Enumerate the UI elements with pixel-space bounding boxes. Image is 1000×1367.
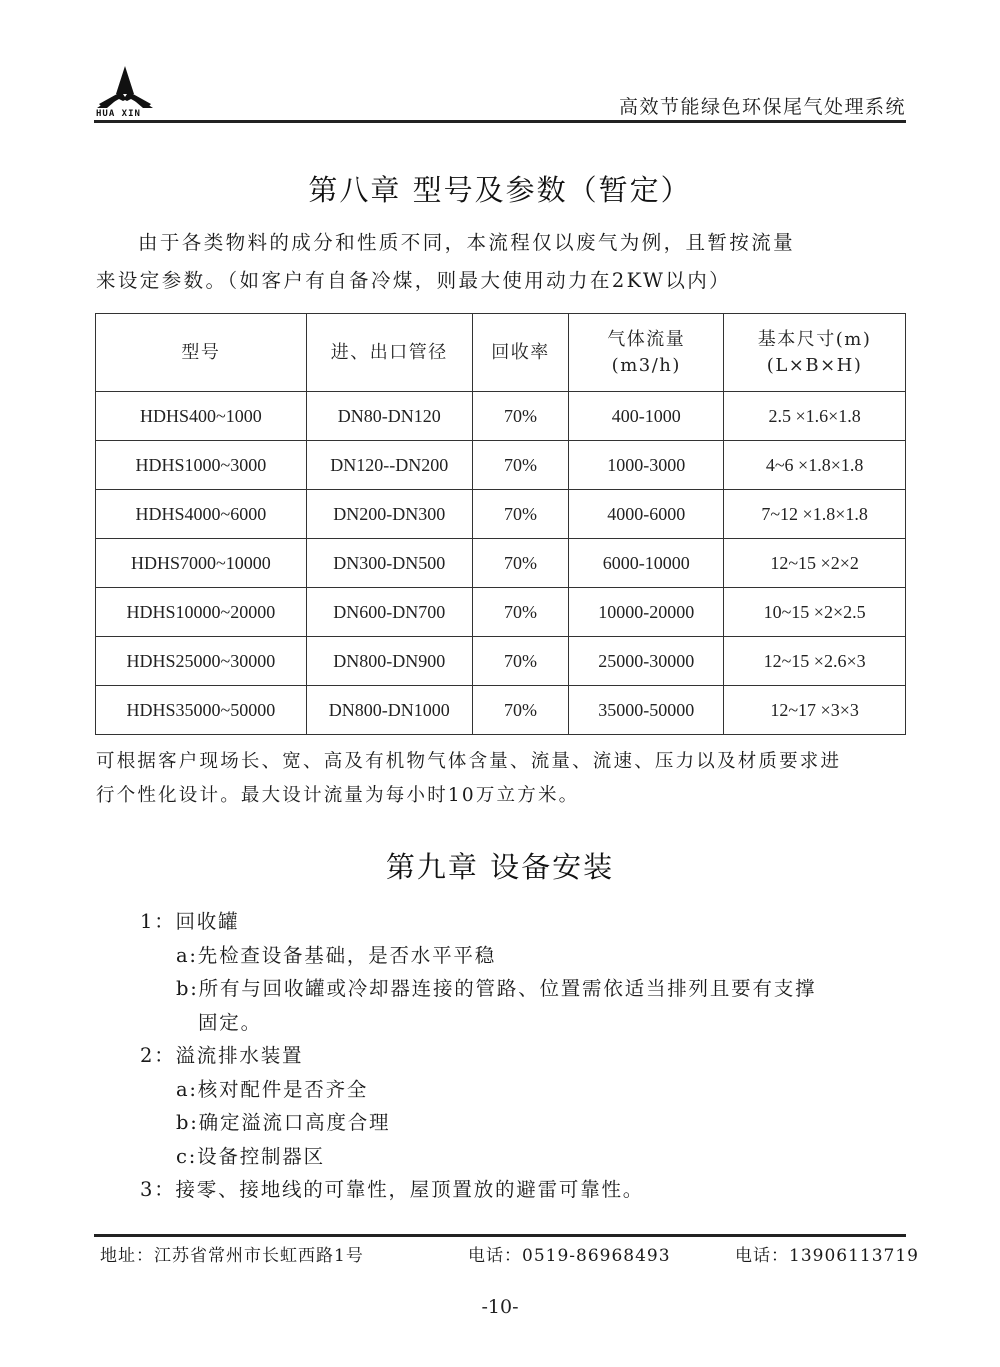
header-pipe-diameter: 进、出口管径	[306, 314, 472, 392]
step-subitem: a:核对配件是否齐全	[140, 1073, 920, 1107]
chapter-8-title: 第八章 型号及参数（暂定）	[0, 168, 1000, 209]
cell-flow: 1000-3000	[569, 441, 724, 490]
cell-size: 12~15 ×2×2	[724, 539, 906, 588]
table-header-row: 型号 进、出口管径 回收率 气体流量 (m3/h) 基本尺寸(m) (L×B×H…	[96, 314, 906, 392]
step-item: 2：溢流排水装置	[140, 1039, 920, 1073]
cell-pipe: DN800-DN900	[306, 637, 472, 686]
cell-recovery: 70%	[472, 686, 569, 735]
step-subitem: a:先检查设备基础，是否水平平稳	[140, 939, 920, 973]
header-basic-size-unit: (L×B×H)	[724, 353, 905, 379]
cell-model: HDHS25000~30000	[96, 637, 307, 686]
table-row: HDHS35000~50000 DN800-DN1000 70% 35000-5…	[96, 686, 906, 735]
installation-steps-list: 1：回收罐 a:先检查设备基础，是否水平平稳 b:所有与回收罐或冷却器连接的管路…	[140, 905, 920, 1207]
header-divider	[94, 120, 906, 123]
cell-size: 10~15 ×2×2.5	[724, 588, 906, 637]
header-gas-flow-label: 气体流量	[569, 327, 723, 353]
cell-flow: 400-1000	[569, 392, 724, 441]
cell-pipe: DN800-DN1000	[306, 686, 472, 735]
cell-size: 12~15 ×2.6×3	[724, 637, 906, 686]
cell-flow: 4000-6000	[569, 490, 724, 539]
step-subitem-continuation: 固定。	[140, 1006, 920, 1040]
cell-pipe: DN200-DN300	[306, 490, 472, 539]
step-subitem: c:设备控制器区	[140, 1140, 920, 1174]
cell-size: 4~6 ×1.8×1.8	[724, 441, 906, 490]
step-subitem: b:所有与回收罐或冷却器连接的管路、位置需依适当排列且要有支撑	[140, 972, 920, 1006]
cell-pipe: DN600-DN700	[306, 588, 472, 637]
cell-flow: 25000-30000	[569, 637, 724, 686]
cell-model: HDHS7000~10000	[96, 539, 307, 588]
footer-address: 地址：江苏省常州市长虹西路1号	[100, 1241, 364, 1266]
table-row: HDHS25000~30000 DN800-DN900 70% 25000-30…	[96, 637, 906, 686]
header-model: 型号	[96, 314, 307, 392]
intro-line-1: 由于各类物料的成分和性质不同，本流程仅以废气为例，且暂按流量	[96, 224, 908, 262]
cell-size: 2.5 ×1.6×1.8	[724, 392, 906, 441]
header-gas-flow-unit: (m3/h)	[569, 353, 723, 379]
cell-recovery: 70%	[472, 588, 569, 637]
cell-recovery: 70%	[472, 539, 569, 588]
chapter-9-title: 第九章 设备安装	[0, 845, 1000, 886]
cell-recovery: 70%	[472, 490, 569, 539]
table-row: HDHS7000~10000 DN300-DN500 70% 6000-1000…	[96, 539, 906, 588]
cell-pipe: DN300-DN500	[306, 539, 472, 588]
cell-size: 7~12 ×1.8×1.8	[724, 490, 906, 539]
cell-model: HDHS4000~6000	[96, 490, 307, 539]
cell-pipe: DN80-DN120	[306, 392, 472, 441]
document-header-title: 高效节能绿色环保尾气处理系统	[619, 92, 906, 119]
header-basic-size-label: 基本尺寸(m)	[724, 327, 905, 353]
cell-flow: 10000-20000	[569, 588, 724, 637]
cell-pipe: DN120--DN200	[306, 441, 472, 490]
cell-recovery: 70%	[472, 392, 569, 441]
chapter-8-intro: 由于各类物料的成分和性质不同，本流程仅以废气为例，且暂按流量 来设定参数。（如客…	[96, 224, 908, 300]
footer-phone-mobile: 电话：13906113719	[735, 1241, 919, 1266]
header-recovery-rate: 回收率	[472, 314, 569, 392]
table-row: HDHS1000~3000 DN120--DN200 70% 1000-3000…	[96, 441, 906, 490]
cell-recovery: 70%	[472, 637, 569, 686]
header-gas-flow: 气体流量 (m3/h)	[569, 314, 724, 392]
model-parameter-table: 型号 进、出口管径 回收率 气体流量 (m3/h) 基本尺寸(m) (L×B×H…	[95, 313, 906, 735]
table-row: HDHS10000~20000 DN600-DN700 70% 10000-20…	[96, 588, 906, 637]
cell-flow: 35000-50000	[569, 686, 724, 735]
cell-model: HDHS10000~20000	[96, 588, 307, 637]
note-line-1: 可根据客户现场长、宽、高及有机物气体含量、流量、流速、压力以及材质要求进	[96, 745, 908, 779]
table-row: HDHS400~1000 DN80-DN120 70% 400-1000 2.5…	[96, 392, 906, 441]
page-number: -10-	[0, 1296, 1000, 1318]
step-subitem: b:确定溢流口高度合理	[140, 1106, 920, 1140]
intro-line-2: 来设定参数。（如客户有自备冷煤，则最大使用动力在2KW以内）	[96, 262, 908, 300]
step-item: 1：回收罐	[140, 905, 920, 939]
cell-model: HDHS1000~3000	[96, 441, 307, 490]
step-item: 3：接零、接地线的可靠性，屋顶置放的避雷可靠性。	[140, 1173, 920, 1207]
cell-model: HDHS400~1000	[96, 392, 307, 441]
footer-phone-landline: 电话：0519-86968493	[468, 1241, 671, 1266]
cell-recovery: 70%	[472, 441, 569, 490]
cell-size: 12~17 ×3×3	[724, 686, 906, 735]
note-line-2: 行个性化设计。最大设计流量为每小时10万立方米。	[96, 779, 908, 813]
cell-model: HDHS35000~50000	[96, 686, 307, 735]
table-row: HDHS4000~6000 DN200-DN300 70% 4000-6000 …	[96, 490, 906, 539]
customization-note: 可根据客户现场长、宽、高及有机物气体含量、流量、流速、压力以及材质要求进 行个性…	[96, 745, 908, 813]
logo-text: HUA XIN	[96, 109, 141, 119]
footer-divider	[94, 1234, 906, 1237]
cell-flow: 6000-10000	[569, 539, 724, 588]
header-basic-size: 基本尺寸(m) (L×B×H)	[724, 314, 906, 392]
